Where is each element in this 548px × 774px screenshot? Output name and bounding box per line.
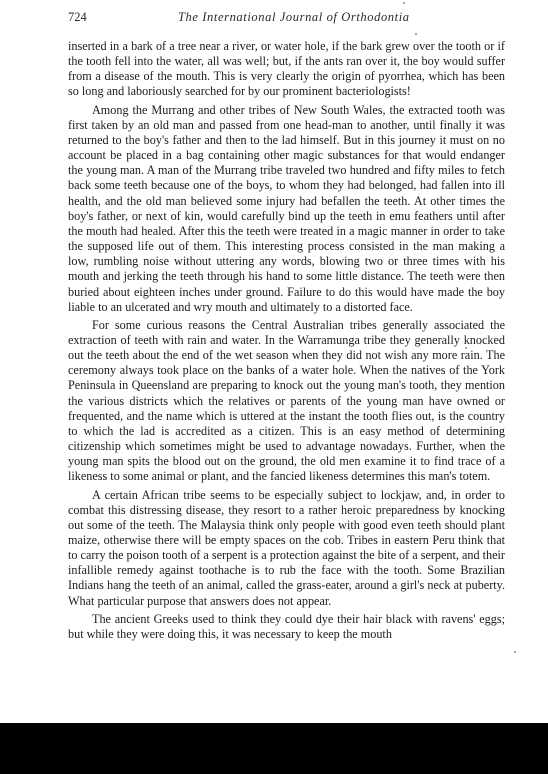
body-text: inserted in a bark of a tree near a rive… bbox=[68, 39, 505, 645]
paragraph-3: For some curious reasons the Central Aus… bbox=[68, 318, 505, 485]
journal-title: The International Journal of Orthodontia bbox=[178, 10, 410, 25]
scan-speck bbox=[514, 651, 516, 653]
scan-border-bottom bbox=[0, 723, 548, 774]
document-page: 724 The International Journal of Orthodo… bbox=[0, 0, 548, 723]
paragraph-2: Among the Murrang and other tribes of Ne… bbox=[68, 103, 505, 315]
scan-speck bbox=[403, 2, 405, 4]
paragraph-1: inserted in a bark of a tree near a rive… bbox=[68, 39, 505, 100]
paragraph-5: The ancient Greeks used to think they co… bbox=[68, 612, 505, 642]
page-number: 724 bbox=[68, 10, 87, 25]
paragraph-4: A certain African tribe seems to be espe… bbox=[68, 488, 505, 609]
scan-speck bbox=[465, 347, 467, 349]
running-head: 724 The International Journal of Orthodo… bbox=[68, 10, 505, 28]
scan-speck bbox=[415, 33, 417, 35]
